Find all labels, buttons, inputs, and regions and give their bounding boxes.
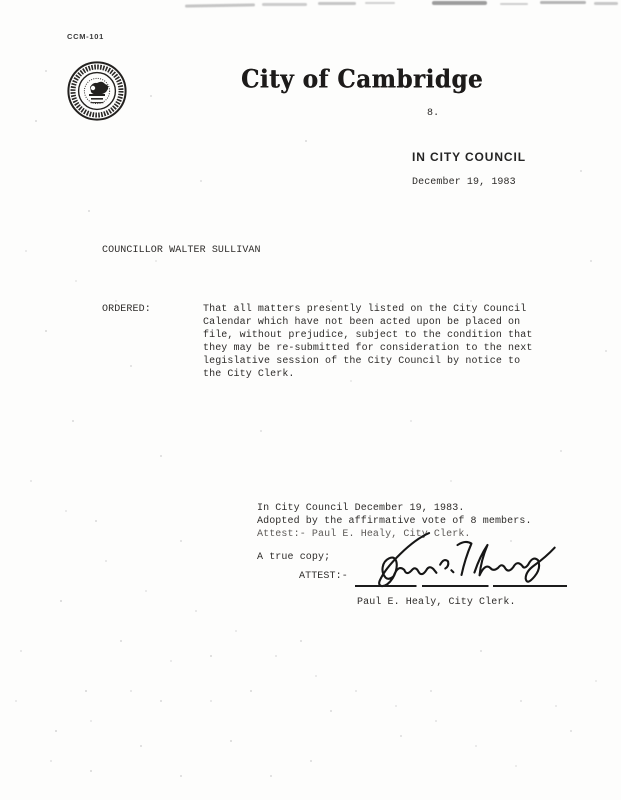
- scan-artifact-top-edge: [0, 0, 621, 12]
- order-body-line: That all matters presently listed on the…: [203, 304, 532, 317]
- council-heading: IN CITY COUNCIL: [412, 150, 526, 164]
- true-copy-label: A true copy;: [257, 552, 330, 565]
- city-seal-icon: [66, 60, 128, 122]
- smudge-mark: [432, 1, 487, 5]
- form-number: CCM-101: [67, 32, 104, 41]
- smudge-mark: [540, 1, 586, 4]
- ordered-label: ORDERED:: [102, 304, 151, 317]
- scanned-document-page: CCM-101 City of Cambridge 8. IN CITY COU…: [0, 0, 621, 800]
- adoption-line: Adopted by the affirmative vote of 8 mem…: [257, 515, 532, 528]
- order-body-line: the City Clerk.: [203, 369, 532, 382]
- smudge-mark: [500, 3, 528, 5]
- sponsor-line: COUNCILLOR WALTER SULLIVAN: [102, 245, 261, 258]
- signature-line: [355, 585, 567, 587]
- adoption-line: In City Council December 19, 1983.: [257, 502, 532, 515]
- smudge-mark: [365, 2, 395, 4]
- order-body-line: legislative session of the City Council …: [203, 356, 532, 369]
- smudge-mark: [185, 3, 255, 7]
- order-body-line: they may be re-submitted for considerati…: [203, 343, 532, 356]
- clerk-name-line: Paul E. Healy, City Clerk.: [357, 597, 516, 610]
- order-body-line: Calendar which have not been acted upon …: [203, 317, 532, 330]
- clerk-signature: [351, 527, 568, 592]
- order-body: That all matters presently listed on the…: [203, 304, 532, 381]
- attest-label: ATTEST:-: [299, 571, 348, 584]
- smudge-mark: [318, 2, 356, 5]
- smudge-mark: [262, 3, 307, 6]
- order-body-line: file, without prejudice, subject to the …: [203, 330, 532, 343]
- page-title: City of Cambridge: [241, 65, 483, 94]
- council-date: December 19, 1983: [412, 177, 516, 190]
- page-number: 8.: [427, 108, 439, 121]
- smudge-mark: [594, 2, 618, 5]
